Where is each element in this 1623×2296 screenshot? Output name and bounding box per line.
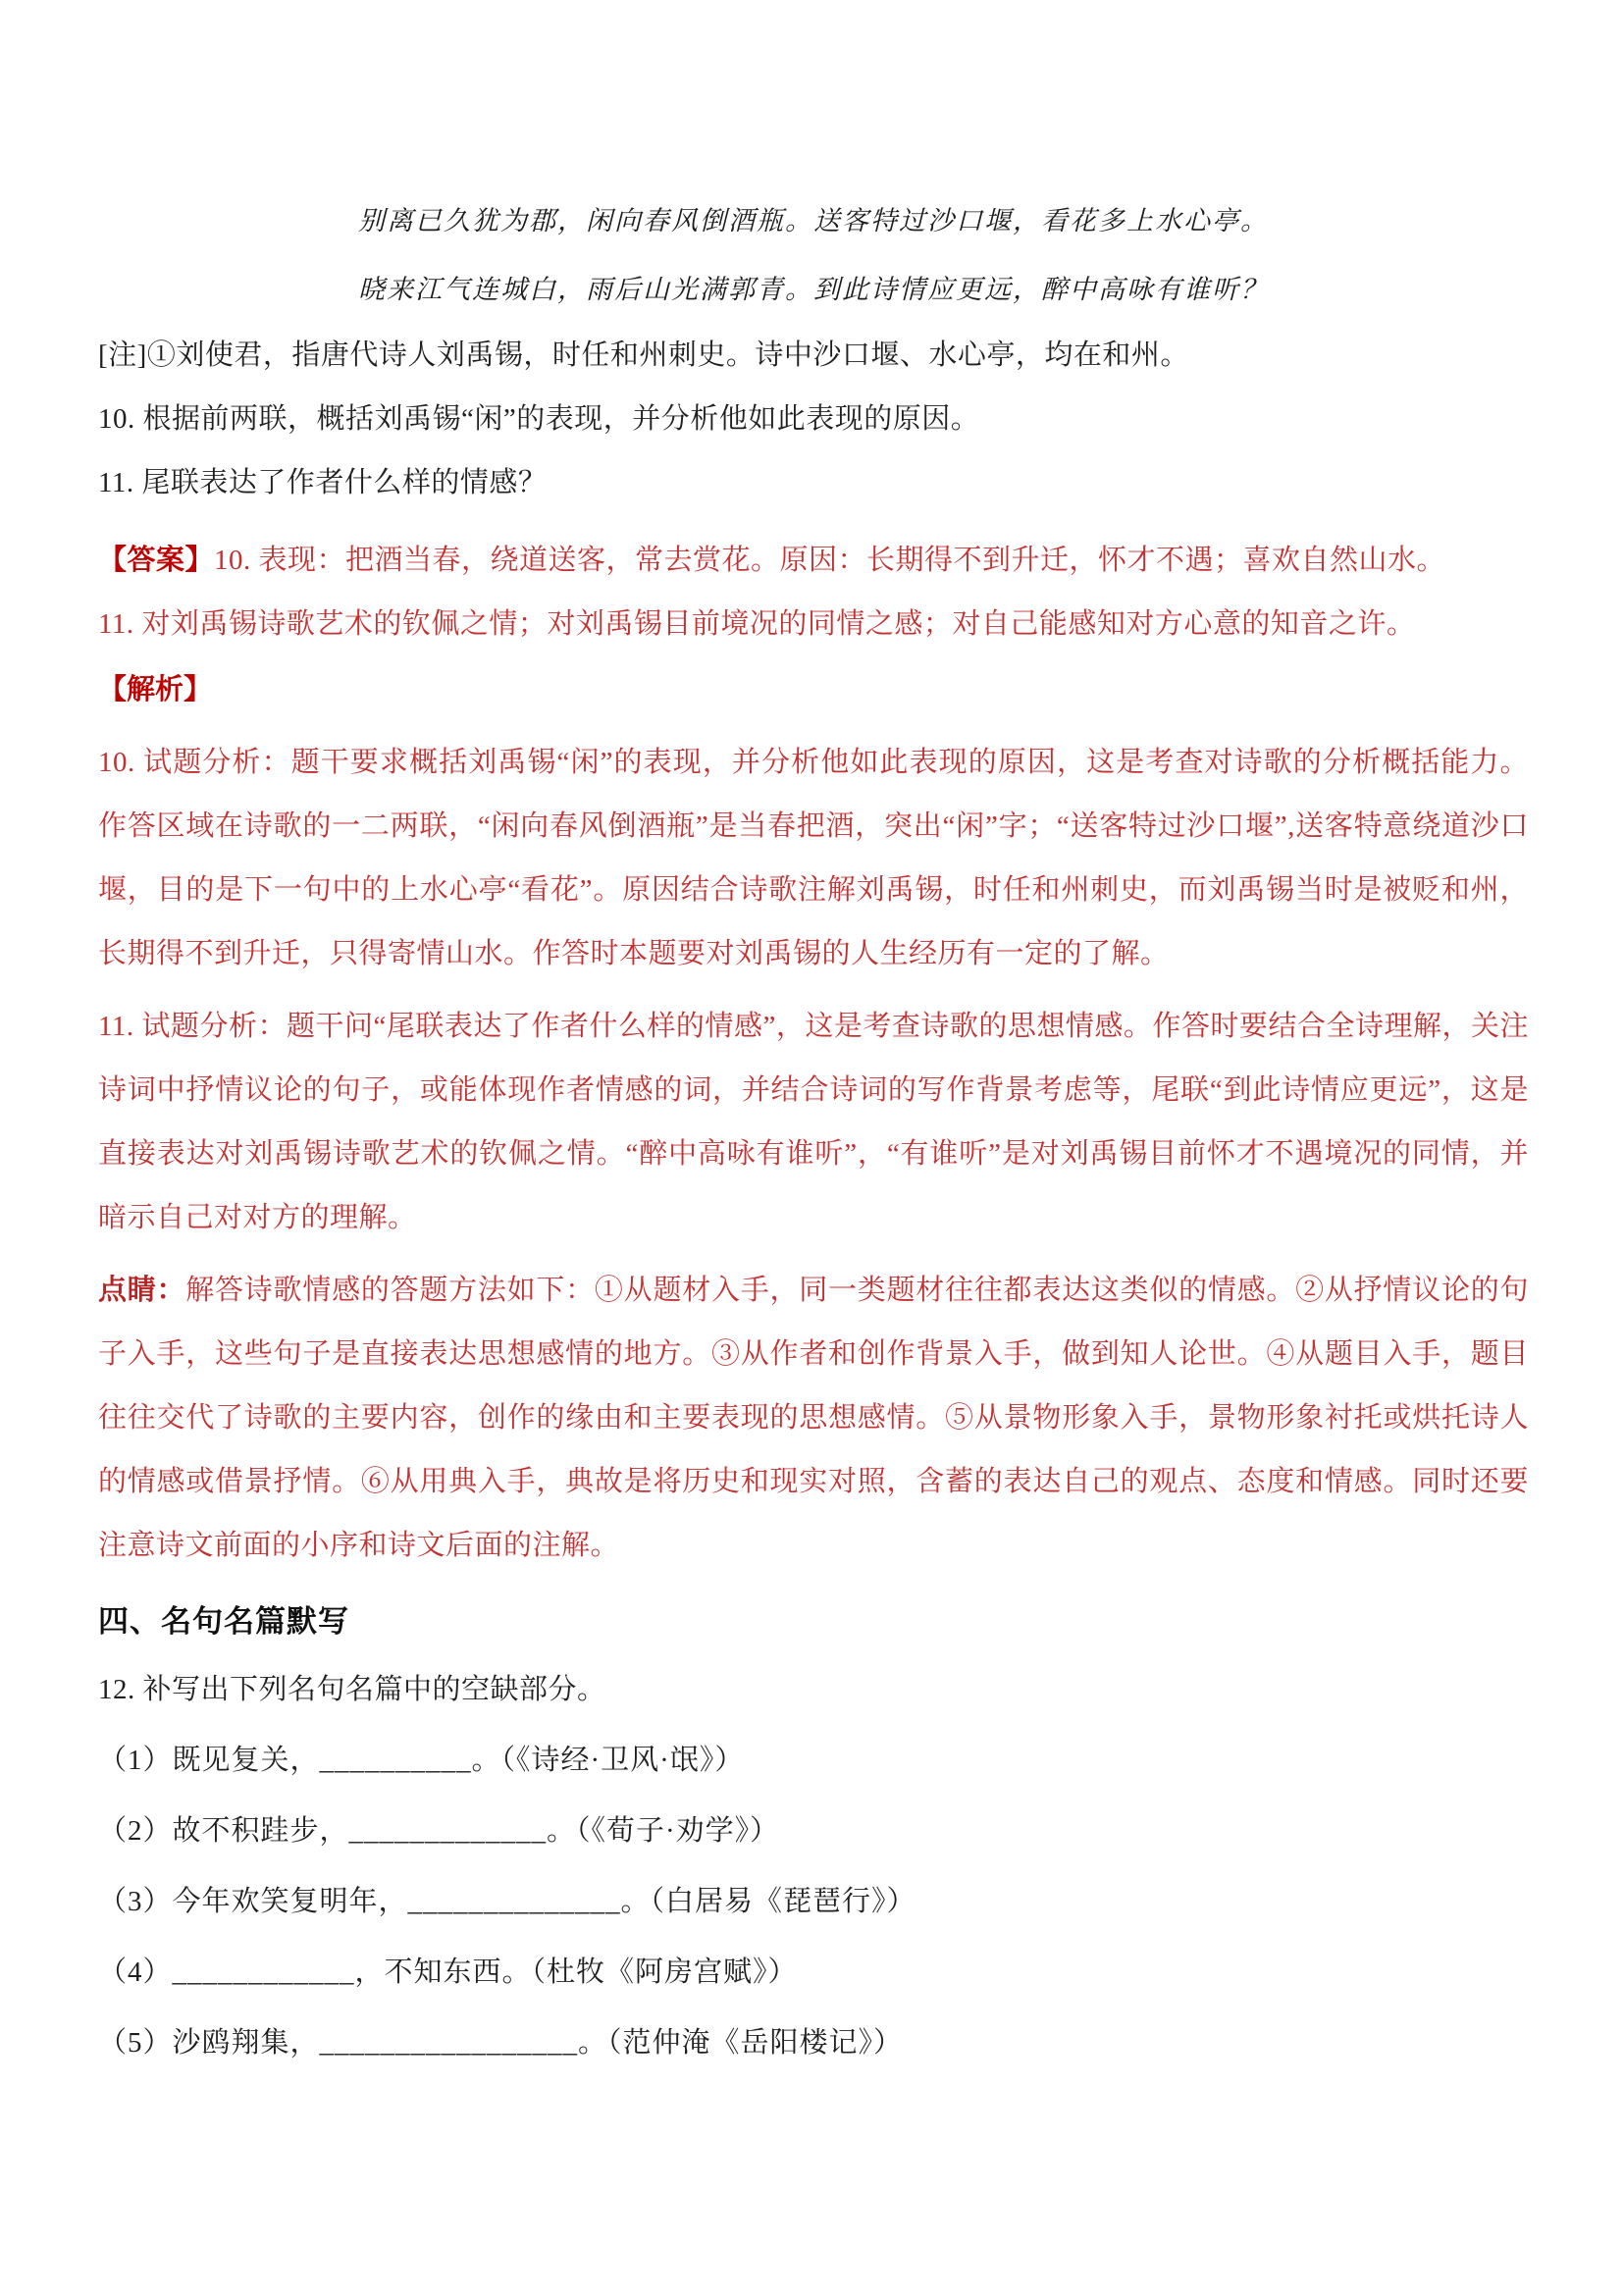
analysis-paragraph-10: 10. 试题分析：题干要求概括刘禹锡“闲”的表现，并分析他如此表现的原因，这是考… bbox=[98, 731, 1529, 986]
fill-in-item-3: （3）今年欢笑复明年，______________。（白居易《琵琶行》） bbox=[98, 1869, 1529, 1934]
tip-text: 解答诗歌情感的答题方法如下：①从题材入手，同一类题材往往都表达这类似的情感。②从… bbox=[98, 1275, 1529, 1561]
fill-in-item-2: （2）故不积跬步，_____________。（《荀子·劝学》） bbox=[98, 1799, 1529, 1863]
question-11: 11. 尾联表达了作者什么样的情感？ bbox=[98, 451, 1529, 515]
answer-text-10: 10. 表现：把酒当春，绕道送客，常去赏花。原因：长期得不到升迁，怀才不遇；喜欢… bbox=[214, 545, 1445, 576]
fill-in-item-4: （4）____________，不知东西。（杜牧《阿房宫赋》） bbox=[98, 1940, 1529, 2005]
fill-in-item-1: （1）既见复关，__________。（《诗经·卫风·氓》） bbox=[98, 1728, 1529, 1793]
answer-marker: 【答案】 bbox=[98, 545, 214, 576]
answer-line-10: 【答案】10. 表现：把酒当春，绕道送客，常去赏花。原因：长期得不到升迁，怀才不… bbox=[98, 529, 1529, 593]
section-4-heading: 四、名句名篇默写 bbox=[98, 1590, 1529, 1654]
answer-line-11: 11. 对刘禹锡诗歌艺术的钦佩之情；对刘禹锡目前境况的同情之感；对自己能感知对方… bbox=[98, 593, 1529, 656]
fill-in-item-5: （5）沙鸥翔集，_________________。（范仲淹《岳阳楼记》） bbox=[98, 2010, 1529, 2075]
question-12: 12. 补写出下列名句名篇中的空缺部分。 bbox=[98, 1658, 1529, 1722]
poem-line-1: 别离已久犹为郡，闲向春风倒酒瓶。送客特过沙口堰，看花多上水心亭。 bbox=[98, 186, 1529, 255]
poem-note: [注]①刘使君，指唐代诗人刘禹锡，时任和州刺史。诗中沙口堰、水心亭，均在和州。 bbox=[98, 324, 1529, 388]
document-page: 别离已久犹为郡，闲向春风倒酒瓶。送客特过沙口堰，看花多上水心亭。 晓来江气连城白… bbox=[0, 0, 1623, 2296]
analysis-marker-line: 【解析】 bbox=[98, 658, 1529, 722]
tip-paragraph: 点睛：解答诗歌情感的答题方法如下：①从题材入手，同一类题材往往都表达这类似的情感… bbox=[98, 1259, 1529, 1578]
analysis-paragraph-11: 11. 试题分析：题干问“尾联表达了作者什么样的情感”，这是考查诗歌的思想情感。… bbox=[98, 995, 1529, 1250]
analysis-marker: 【解析】 bbox=[98, 674, 212, 705]
question-10: 10. 根据前两联，概括刘禹锡“闲”的表现，并分析他如此表现的原因。 bbox=[98, 388, 1529, 451]
tip-label: 点睛： bbox=[98, 1275, 185, 1306]
poem-line-2: 晓来江气连城白，雨后山光满郭青。到此诗情应更远，醉中高咏有谁听？ bbox=[98, 255, 1529, 324]
